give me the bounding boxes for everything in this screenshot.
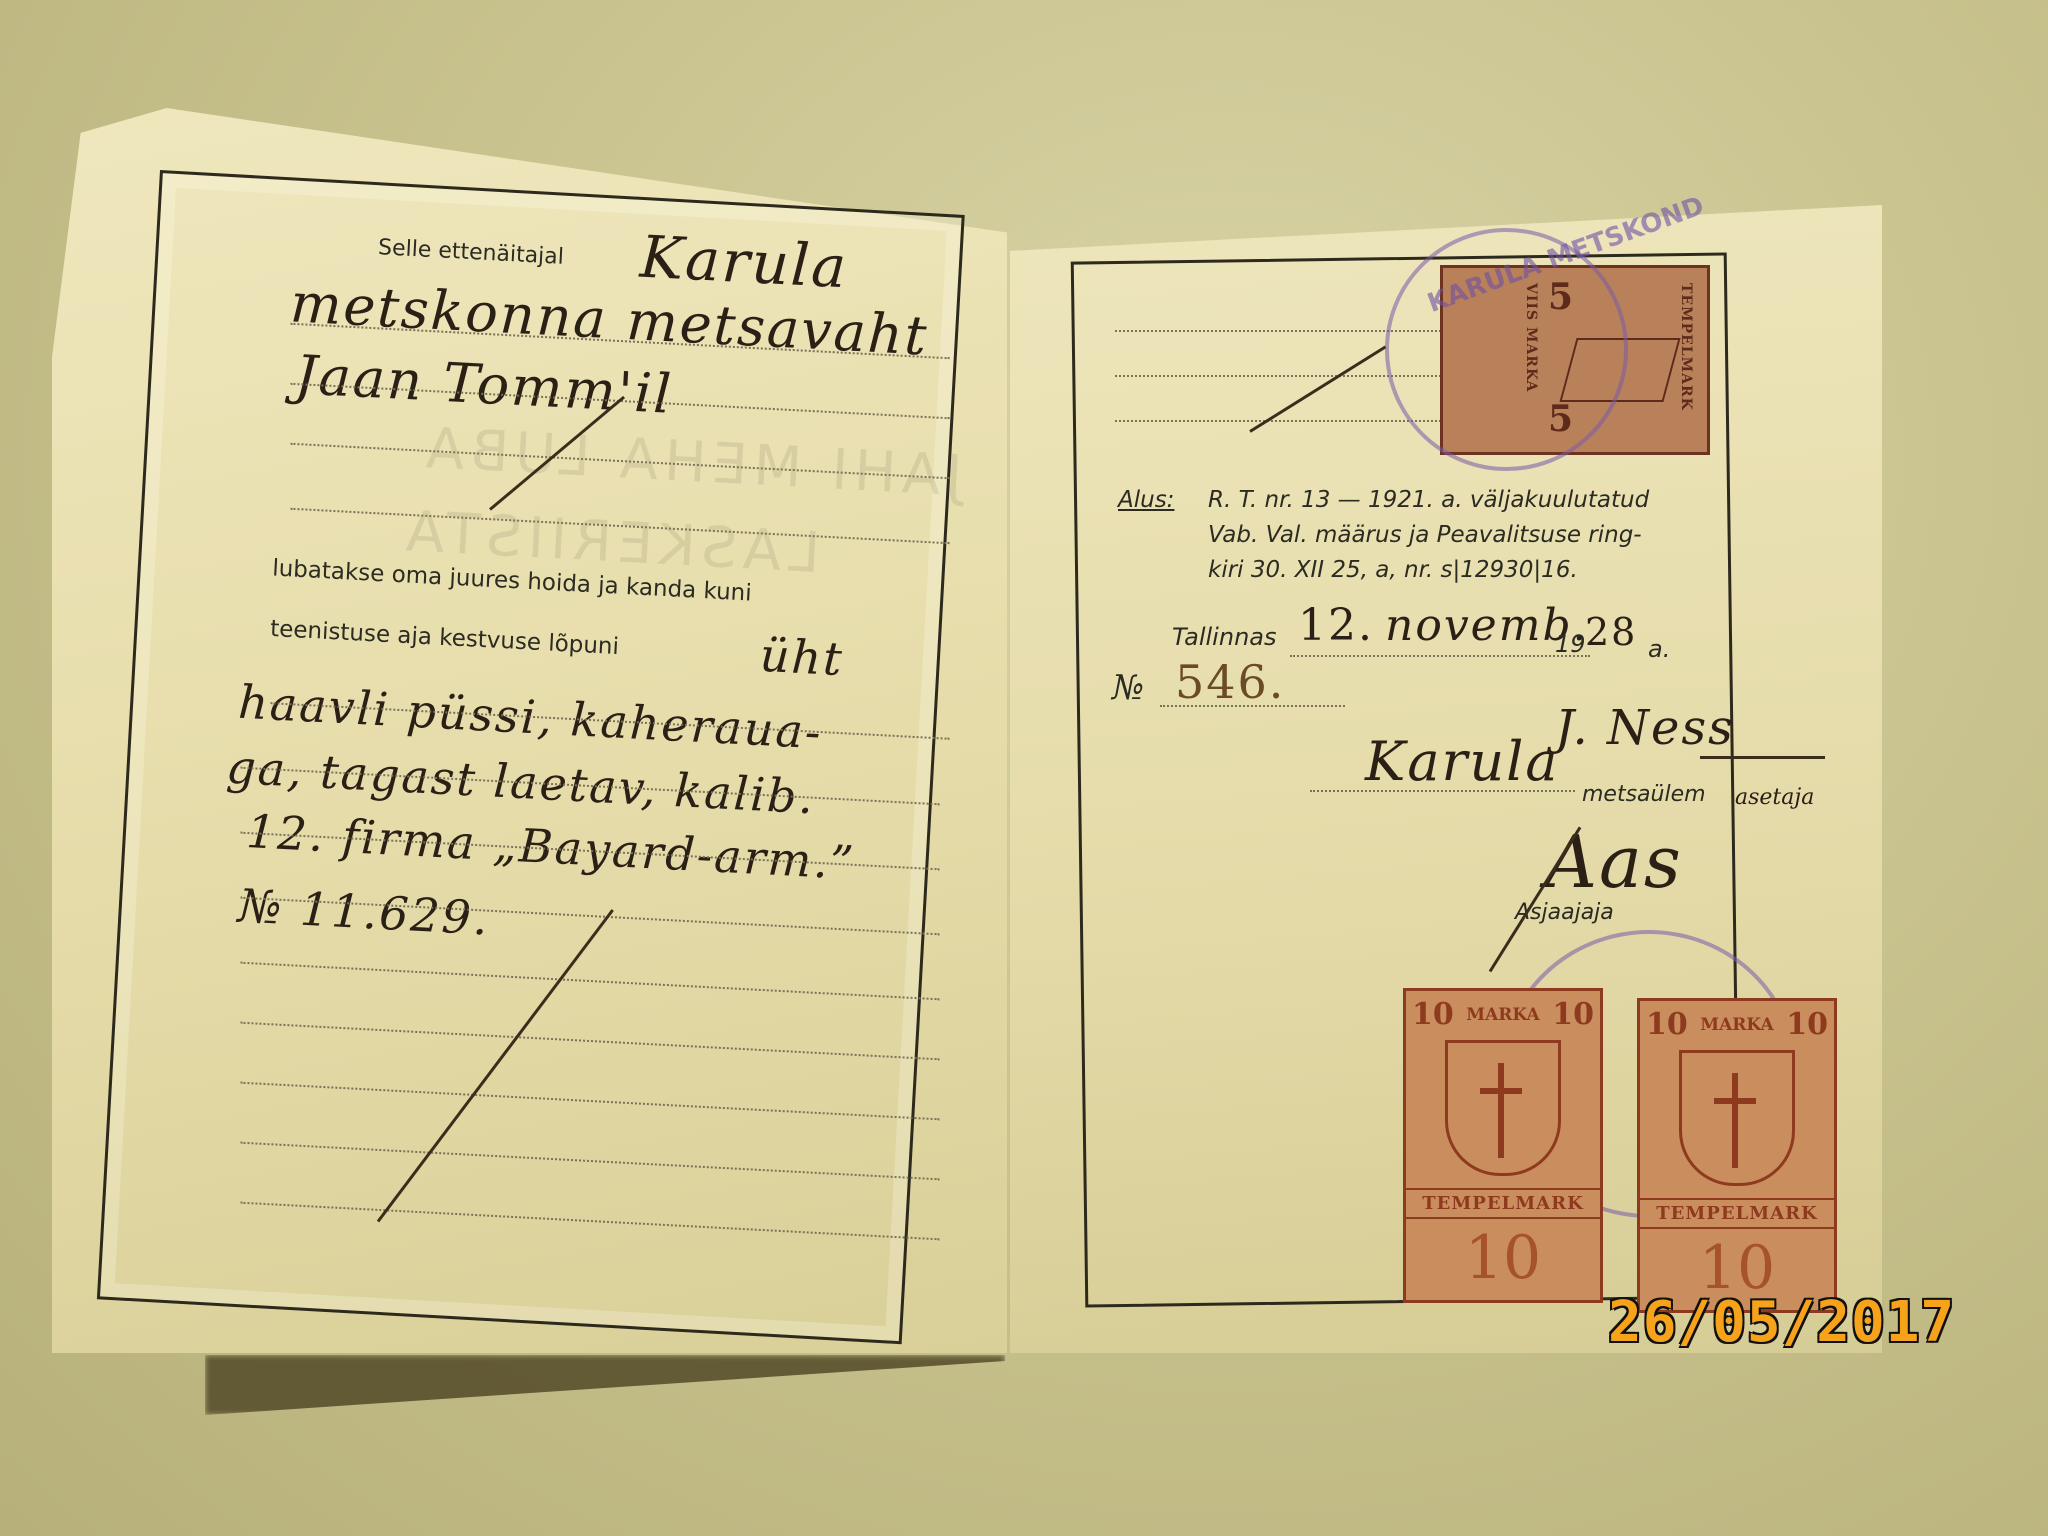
- certificate-number: 546.: [1175, 655, 1285, 709]
- forester-district: Karula: [1365, 730, 1560, 793]
- revenue-stamp-10-mark: 10 MARKA 10 TEMPELMARK 10: [1637, 998, 1837, 1313]
- place-label: Tallinnas: [1172, 623, 1276, 651]
- forester-note: asetaja: [1735, 785, 1814, 810]
- coat-of-arms-icon: [1679, 1050, 1795, 1186]
- handwritten-bearer-line-1: Karula: [638, 223, 849, 302]
- dotted-line: [1310, 790, 1575, 792]
- clerk-signature: Aas: [1545, 820, 1683, 904]
- dotted-line: [1290, 655, 1590, 657]
- page-shadow: [205, 1355, 1005, 1415]
- stamp-label: TEMPELMARK: [1640, 1198, 1834, 1229]
- year-suffix: 28: [1585, 610, 1637, 654]
- stamp-currency: MARKA: [1700, 1015, 1773, 1035]
- forester-signature: J. Ness: [1555, 700, 1735, 756]
- stamp-value: 10: [1786, 1007, 1828, 1042]
- year-unit: a.: [1648, 635, 1670, 663]
- stamp-value: 10: [1646, 1007, 1688, 1042]
- photo-date-overlay: 26/05/2017: [1608, 1290, 1955, 1355]
- revenue-stamp-10-mark: 10 MARKA 10 TEMPELMARK 10: [1403, 988, 1603, 1303]
- stamp-value: 10: [1552, 997, 1594, 1032]
- basis-label: Alus:: [1118, 487, 1174, 513]
- dotted-line: [1115, 420, 1445, 422]
- signature-underline: [1700, 756, 1825, 759]
- stamp-label: TEMPELMARK: [1406, 1188, 1600, 1219]
- stamp-value: 10: [1412, 997, 1454, 1032]
- stamp-label: TEMPELMARK: [1678, 283, 1694, 411]
- stamp-bottom-value: 10: [1406, 1223, 1600, 1293]
- coat-of-arms-icon: [1445, 1040, 1561, 1176]
- stamp-currency: MARKA: [1466, 1005, 1539, 1025]
- dotted-line: [1160, 705, 1345, 707]
- basis-text-line-1: R. T. nr. 13 — 1921. a. väljakuulutatud: [1208, 487, 1649, 513]
- handwritten-weapon-line-1: üht: [759, 628, 845, 686]
- date-day: 12.: [1298, 600, 1374, 651]
- forester-title: metsaülem: [1582, 782, 1706, 807]
- basis-text-line-3: kiri 30. XII 25, a, nr. s|12930|16.: [1208, 557, 1578, 583]
- basis-text-line-2: Vab. Val. määrus ja Peavalitsuse ring-: [1208, 522, 1642, 548]
- number-label: №: [1112, 668, 1144, 708]
- year-prefix: 19: [1555, 630, 1586, 658]
